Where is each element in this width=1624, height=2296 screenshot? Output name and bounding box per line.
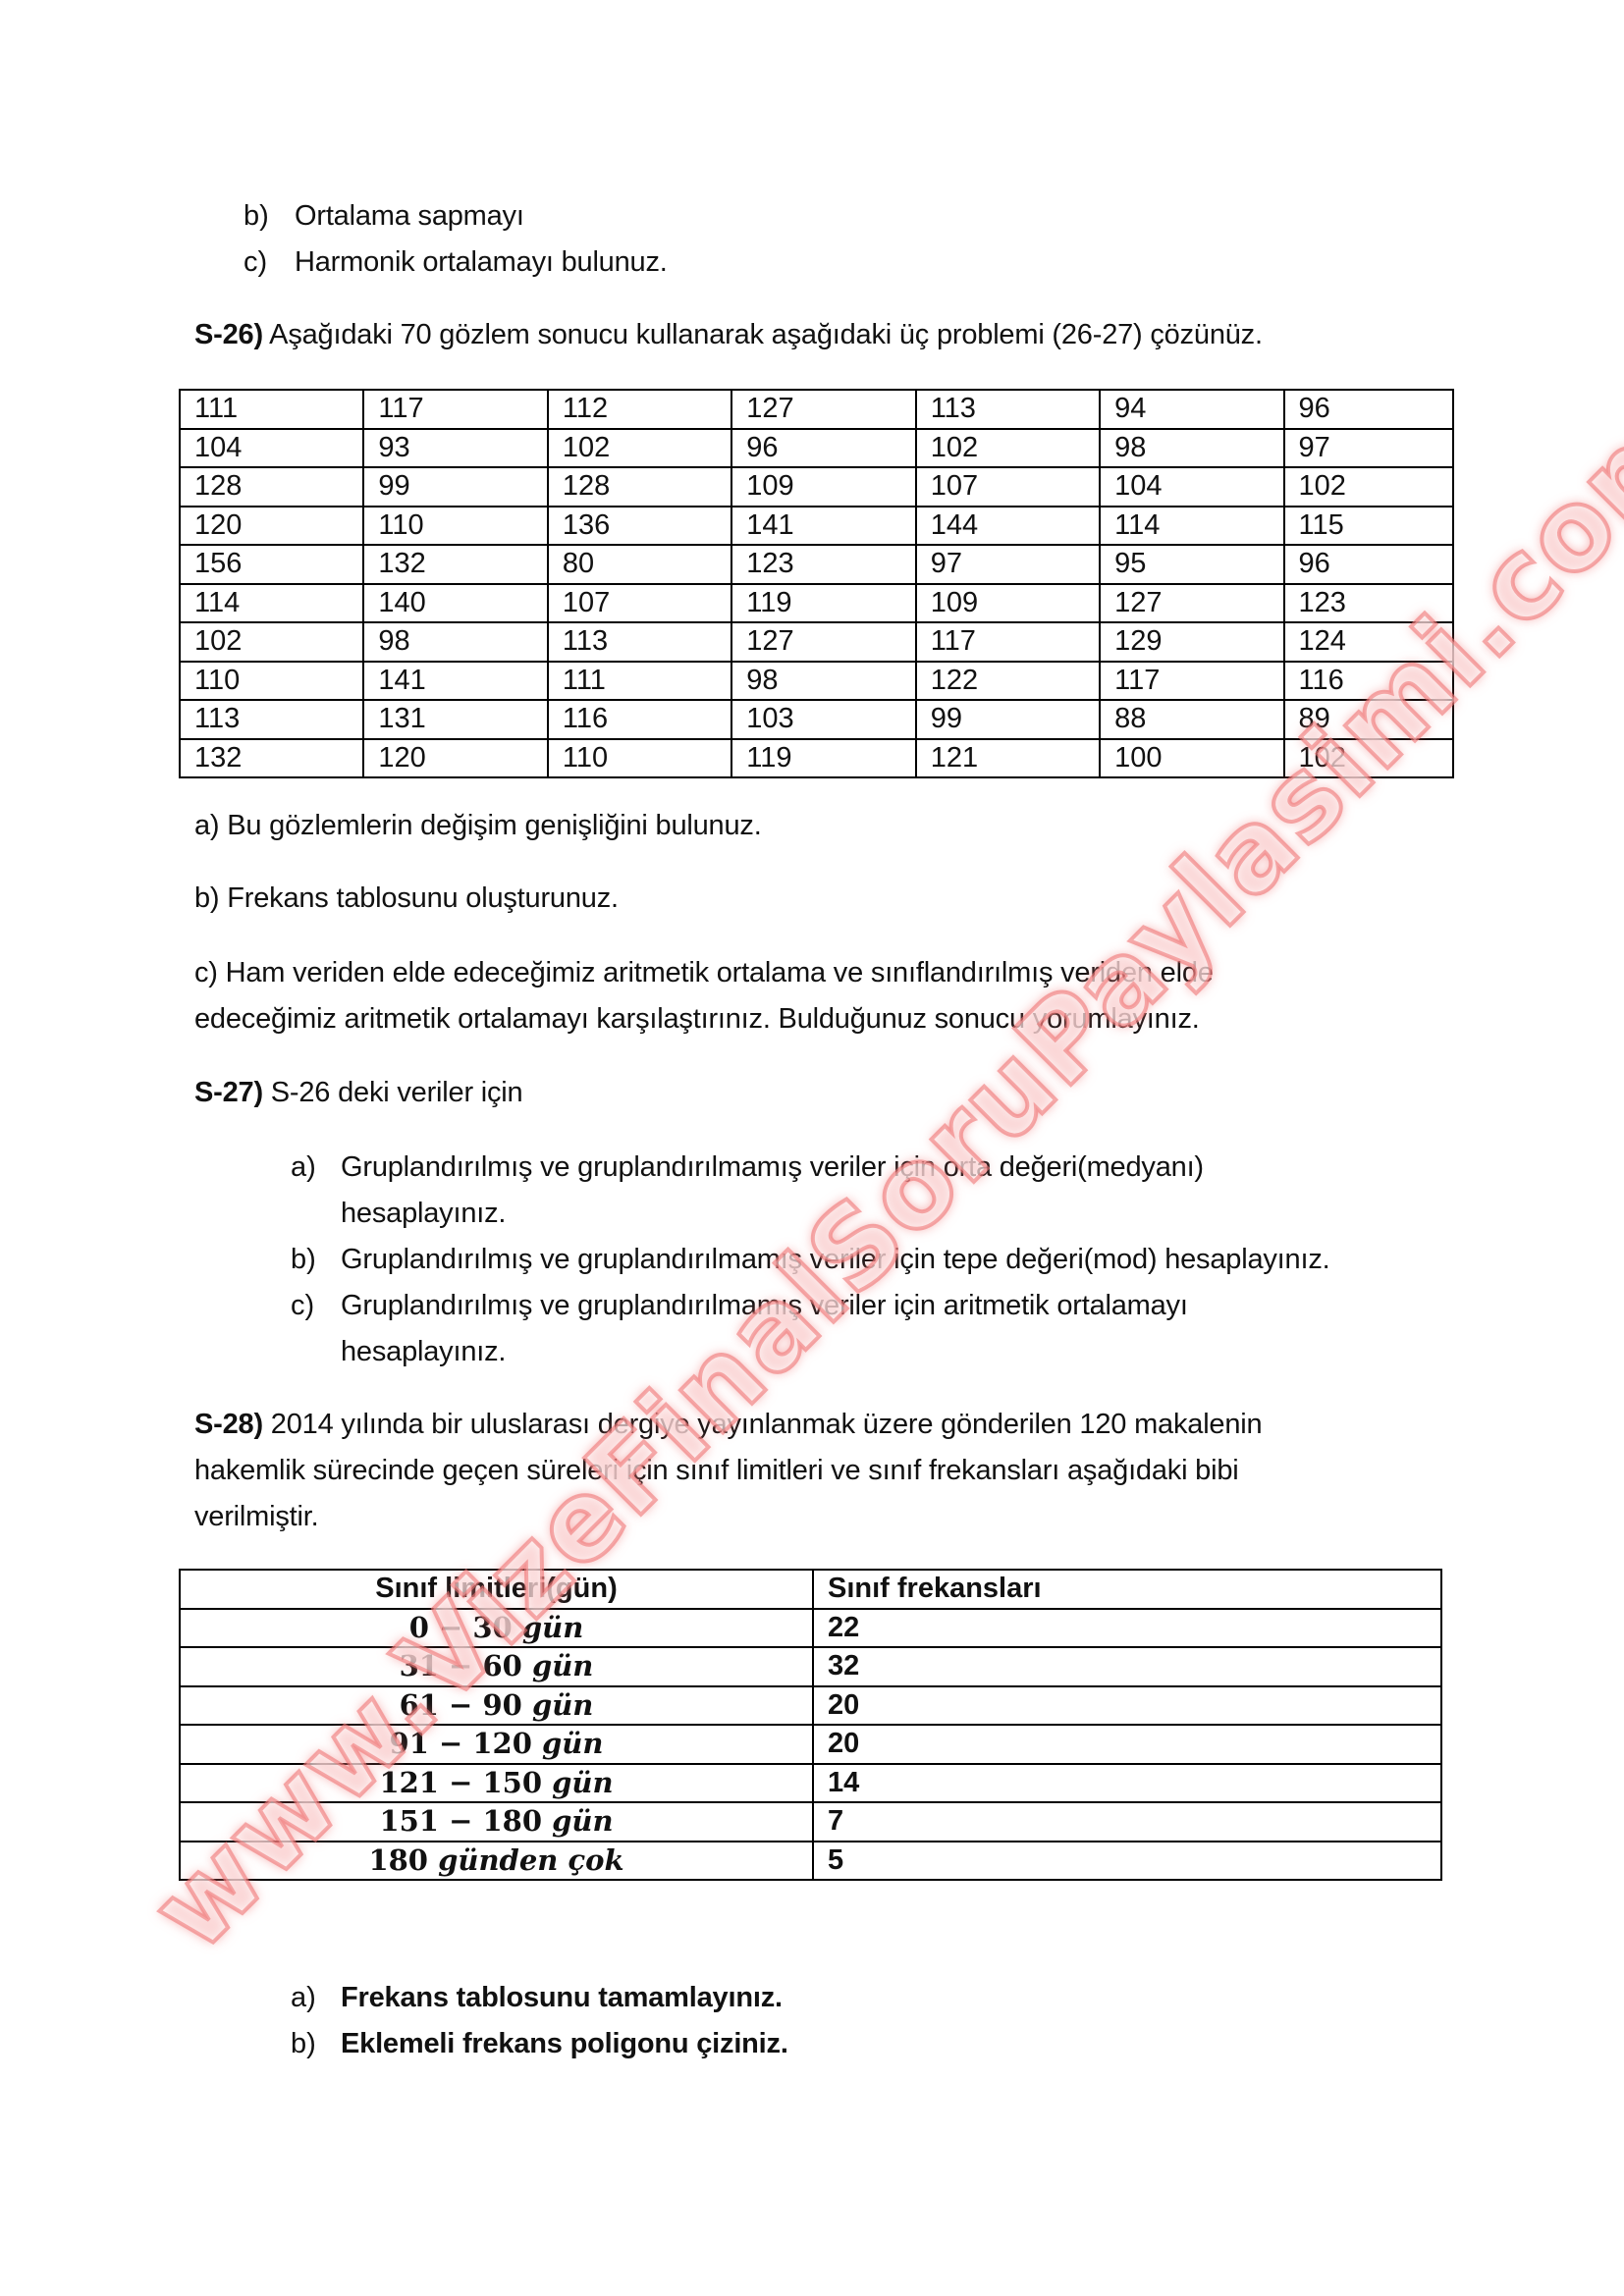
s28-text-line3: verilmiştir.: [194, 1494, 319, 1540]
table-cell: 102: [180, 622, 363, 662]
table-cell: 102: [548, 429, 731, 468]
class-frequency-cell: 14: [813, 1764, 1441, 1803]
class-limit-cell: 61 − 90 gün: [180, 1686, 813, 1726]
s28-item-a: Frekans tablosunu tamamlayınız.: [341, 1975, 783, 2021]
table-row: 12899128109107104102: [180, 467, 1453, 507]
class-limit-cell: 31 − 60 gün: [180, 1647, 813, 1686]
table-cell: 97: [916, 545, 1100, 584]
table-cell: 127: [1100, 584, 1283, 623]
question-label: S-27): [194, 1077, 263, 1108]
table-row: 31 − 60 gün32: [180, 1647, 1441, 1686]
class-range: 180: [368, 1843, 428, 1877]
table-cell: 95: [1100, 545, 1283, 584]
table-cell: 107: [548, 584, 731, 623]
table-row: 114140107119109127123: [180, 584, 1453, 623]
intro-item-b: Ortalama sapmayı: [295, 193, 524, 240]
table-cell: 123: [731, 545, 915, 584]
table-cell: 103: [731, 700, 915, 739]
table-cell: 156: [180, 545, 363, 584]
class-unit: gün: [532, 1649, 593, 1682]
table-cell: 110: [363, 507, 547, 546]
table-row: 15613280123979596: [180, 545, 1453, 584]
table-cell: 109: [916, 584, 1100, 623]
class-frequency-cell: 5: [813, 1842, 1441, 1881]
table-row: 10493102961029897: [180, 429, 1453, 468]
table-cell: 96: [1284, 545, 1453, 584]
table-cell: 121: [916, 739, 1100, 778]
table-cell: 144: [916, 507, 1100, 546]
s27-item-c-line1: Gruplandırılmış ve gruplandırılmamış ver…: [341, 1283, 1188, 1329]
table-cell: 113: [916, 390, 1100, 429]
class-range: 121 − 150: [379, 1766, 542, 1799]
table-cell: 127: [731, 622, 915, 662]
class-limit-cell: 151 − 180 gün: [180, 1802, 813, 1842]
table-cell: 132: [180, 739, 363, 778]
question-text: 2014 yılında bir uluslarası dergiye yayı…: [263, 1409, 1263, 1440]
s26-question-c-line2: edeceğimiz aritmetik ortalamayı karşılaş…: [194, 996, 1200, 1042]
table-cell: 128: [180, 467, 363, 507]
class-unit: gün: [522, 1611, 583, 1644]
class-range: 151 − 180: [379, 1804, 542, 1838]
table-cell: 113: [548, 622, 731, 662]
s26-question-c-line1: c) Ham veriden elde edeceğimiz aritmetik…: [194, 950, 1214, 996]
table-cell: 127: [731, 390, 915, 429]
table-cell: 102: [1284, 739, 1453, 778]
table-row: 151 − 180 gün7: [180, 1802, 1441, 1842]
class-frequency-cell: 22: [813, 1609, 1441, 1648]
table-cell: 140: [363, 584, 547, 623]
table-cell: 117: [1100, 662, 1283, 701]
table-cell: 94: [1100, 390, 1283, 429]
list-marker: c): [244, 240, 267, 286]
table-cell: 96: [731, 429, 915, 468]
table-cell: 96: [1284, 390, 1453, 429]
table-cell: 136: [548, 507, 731, 546]
table-row: 180 günden çok5: [180, 1842, 1441, 1881]
list-marker: a): [291, 1975, 316, 2021]
table-cell: 99: [363, 467, 547, 507]
table-cell: 119: [731, 584, 915, 623]
question-label: S-26): [194, 319, 263, 350]
column-header-class-limits: Sınıf limitleri(gün): [180, 1570, 813, 1609]
table-row: 61 − 90 gün20: [180, 1686, 1441, 1726]
table-cell: 102: [916, 429, 1100, 468]
question-s27-heading: S-27) S-26 deki veriler için: [194, 1070, 522, 1116]
table-cell: 104: [1100, 467, 1283, 507]
class-unit: gün: [532, 1688, 593, 1722]
table-row: 113131116103998889: [180, 700, 1453, 739]
table-cell: 93: [363, 429, 547, 468]
table-cell: 116: [1284, 662, 1453, 701]
class-frequency-cell: 7: [813, 1802, 1441, 1842]
class-limit-cell: 91 − 120 gün: [180, 1725, 813, 1764]
table-row: 120110136141144114115: [180, 507, 1453, 546]
s27-item-a-line1: Gruplandırılmış ve gruplandırılmamış ver…: [341, 1145, 1204, 1191]
table-cell: 109: [731, 467, 915, 507]
table-cell: 131: [363, 700, 547, 739]
s27-item-a-line2: hesaplayınız.: [341, 1191, 506, 1237]
table-row: 0 − 30 gün22: [180, 1609, 1441, 1648]
table-row: 121 − 150 gün14: [180, 1764, 1441, 1803]
table-cell: 107: [916, 467, 1100, 507]
table-cell: 124: [1284, 622, 1453, 662]
s28-text-line2: hakemlik sürecinde geçen süreleri için s…: [194, 1448, 1239, 1494]
observations-table: 1111171121271139496104931029610298971289…: [179, 389, 1454, 778]
column-header-class-frequencies: Sınıf frekansları: [813, 1570, 1441, 1609]
table-cell: 114: [180, 584, 363, 623]
s27-item-b: Gruplandırılmış ve gruplandırılmamış ver…: [341, 1237, 1329, 1283]
class-limit-cell: 180 günden çok: [180, 1842, 813, 1881]
table-row: 10298113127117129124: [180, 622, 1453, 662]
table-cell: 104: [180, 429, 363, 468]
table-cell: 120: [363, 739, 547, 778]
table-cell: 141: [363, 662, 547, 701]
s26-question-b: b) Frekans tablosunu oluşturunuz.: [194, 876, 619, 922]
class-limit-cell: 121 − 150 gün: [180, 1764, 813, 1803]
table-cell: 115: [1284, 507, 1453, 546]
document-page: b) Ortalama sapmayı c) Harmonik ortalama…: [0, 0, 1624, 2296]
table-cell: 128: [548, 467, 731, 507]
table-cell: 98: [1100, 429, 1283, 468]
table-cell: 110: [180, 662, 363, 701]
s26-question-a: a) Bu gözlemlerin değişim genişliğini bu…: [194, 803, 762, 849]
class-unit: günden çok: [438, 1843, 623, 1877]
list-marker: b): [244, 193, 269, 240]
class-range: 0 − 30: [409, 1611, 513, 1644]
question-s26-heading: S-26) Aşağıdaki 70 gözlem sonucu kullana…: [194, 312, 1263, 358]
list-marker: b): [291, 1237, 316, 1283]
table-row: 91 − 120 gün20: [180, 1725, 1441, 1764]
class-frequency-cell: 20: [813, 1725, 1441, 1764]
class-unit: gün: [542, 1727, 603, 1760]
table-row: 132120110119121100102: [180, 739, 1453, 778]
table-cell: 132: [363, 545, 547, 584]
question-text: Aşağıdaki 70 gözlem sonucu kullanarak aş…: [263, 319, 1263, 350]
table-cell: 89: [1284, 700, 1453, 739]
list-marker: c): [291, 1283, 314, 1329]
table-row: 1111171121271139496: [180, 390, 1453, 429]
table-cell: 97: [1284, 429, 1453, 468]
class-unit: gün: [552, 1766, 613, 1799]
table-cell: 99: [916, 700, 1100, 739]
table-cell: 117: [916, 622, 1100, 662]
table-cell: 100: [1100, 739, 1283, 778]
table-cell: 114: [1100, 507, 1283, 546]
class-limit-cell: 0 − 30 gün: [180, 1609, 813, 1648]
table-cell: 122: [916, 662, 1100, 701]
class-range: 61 − 90: [400, 1688, 522, 1722]
table-cell: 88: [1100, 700, 1283, 739]
table-cell: 112: [548, 390, 731, 429]
table-row: 11014111198122117116: [180, 662, 1453, 701]
table-cell: 141: [731, 507, 915, 546]
table-cell: 129: [1100, 622, 1283, 662]
list-marker: b): [291, 2021, 316, 2067]
class-range: 91 − 120: [390, 1727, 532, 1760]
table-cell: 116: [548, 700, 731, 739]
class-unit: gün: [552, 1804, 613, 1838]
class-frequency-cell: 20: [813, 1686, 1441, 1726]
table-cell: 120: [180, 507, 363, 546]
s27-item-c-line2: hesaplayınız.: [341, 1329, 506, 1375]
table-cell: 110: [548, 739, 731, 778]
table-cell: 111: [548, 662, 731, 701]
class-range: 31 − 60: [400, 1649, 522, 1682]
table-cell: 111: [180, 390, 363, 429]
table-cell: 98: [731, 662, 915, 701]
table-cell: 102: [1284, 467, 1453, 507]
table-cell: 113: [180, 700, 363, 739]
table-cell: 117: [363, 390, 547, 429]
table-cell: 119: [731, 739, 915, 778]
table-cell: 98: [363, 622, 547, 662]
class-frequency-cell: 32: [813, 1647, 1441, 1686]
intro-item-c: Harmonik ortalamayı bulunuz.: [295, 240, 668, 286]
frequency-table: Sınıf limitleri(gün) Sınıf frekansları 0…: [179, 1569, 1442, 1881]
question-s28-heading: S-28) 2014 yılında bir uluslarası dergiy…: [194, 1402, 1262, 1448]
s28-item-b: Eklemeli frekans poligonu çiziniz.: [341, 2021, 788, 2067]
table-cell: 80: [548, 545, 731, 584]
question-text: S-26 deki veriler için: [263, 1077, 523, 1108]
list-marker: a): [291, 1145, 316, 1191]
question-label: S-28): [194, 1409, 263, 1440]
table-cell: 123: [1284, 584, 1453, 623]
